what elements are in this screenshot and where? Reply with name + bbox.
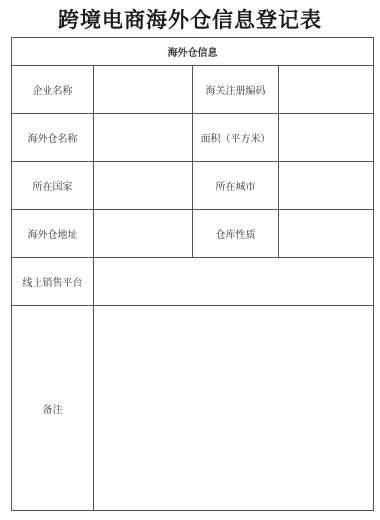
warehouse-address-label: 海外仓地址 xyxy=(12,210,94,258)
warehouse-type-field[interactable] xyxy=(279,210,374,258)
country-label: 所在国家 xyxy=(12,162,94,210)
city-label: 所在城市 xyxy=(193,162,279,210)
area-field[interactable] xyxy=(279,114,374,162)
sales-platform-field[interactable] xyxy=(94,258,374,306)
area-label: 面积（平方米） xyxy=(193,114,279,162)
country-field[interactable] xyxy=(94,162,193,210)
warehouse-name-field[interactable] xyxy=(94,114,193,162)
form-title: 跨境电商海外仓信息登记表 xyxy=(0,4,380,34)
warehouse-name-label: 海外仓名称 xyxy=(12,114,94,162)
notes-label: 备注 xyxy=(12,306,94,511)
warehouse-type-label: 仓库性质 xyxy=(193,210,279,258)
section-header: 海外仓信息 xyxy=(12,38,374,66)
warehouse-info-table: 海外仓信息 企业名称 海关注册编码 海外仓名称 面积（平方米） 所在国家 所在城… xyxy=(11,37,374,511)
notes-field[interactable] xyxy=(94,306,374,511)
company-name-label: 企业名称 xyxy=(12,66,94,114)
customs-code-label: 海关注册编码 xyxy=(193,66,279,114)
city-field[interactable] xyxy=(279,162,374,210)
table-row: 海外仓名称 面积（平方米） xyxy=(12,114,374,162)
table-row: 线上销售平台 xyxy=(12,258,374,306)
customs-code-field[interactable] xyxy=(279,66,374,114)
table-row: 备注 xyxy=(12,306,374,511)
table-row: 企业名称 海关注册编码 xyxy=(12,66,374,114)
warehouse-address-field[interactable] xyxy=(94,210,193,258)
company-name-field[interactable] xyxy=(94,66,193,114)
sales-platform-label: 线上销售平台 xyxy=(12,258,94,306)
table-row: 所在国家 所在城市 xyxy=(12,162,374,210)
table-row: 海外仓地址 仓库性质 xyxy=(12,210,374,258)
